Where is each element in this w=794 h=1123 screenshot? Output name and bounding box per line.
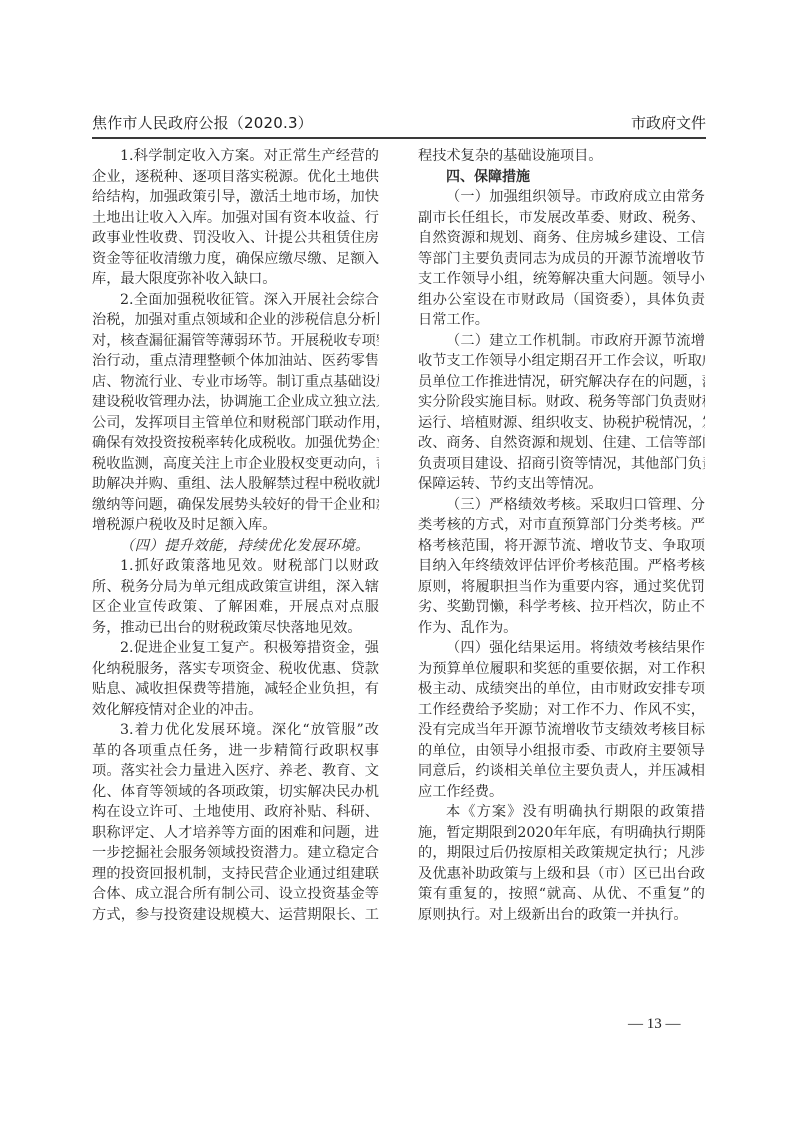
text-line: 保障运转、节约支出等情况。	[418, 474, 705, 495]
text-line: 自然资源和规划、商务、住房城乡建设、工信	[418, 228, 705, 249]
text-line: （四）强化结果运用。将绩效考核结果作	[418, 638, 705, 659]
publication-title: 焦作市人民政府公报（2020.3）	[92, 112, 313, 133]
text-line: 确保有效投资按税率转化成税收。加强优势企业	[92, 433, 379, 454]
text-line: 助解决并购、重组、法人股解禁过程中税收就地	[92, 474, 379, 495]
text-line: 为预算单位履职和奖惩的重要依据，对工作积	[418, 659, 705, 680]
text-line: 施，暂定期限到2020年年底，有明确执行期限	[418, 823, 705, 844]
text-line: 合体、成立混合所有制公司、设立投资基金等	[92, 884, 379, 905]
text-line: （三）严格绩效考核。采取归口管理、分	[418, 495, 705, 516]
text-line: 给结构，加强政策引导，激活土地市场，加快	[92, 187, 379, 208]
text-line: 土地出让收入入库。加强对国有资本收益、行	[92, 208, 379, 229]
text-line: 劣、奖勤罚懒，科学考核、拉开档次，防止不	[418, 597, 705, 618]
text-line: 化纳税服务，落实专项资金、税收优惠、贷款	[92, 659, 379, 680]
text-line: 务，推动已出台的财税政策尽快落地见效。	[92, 618, 379, 639]
text-line: 原则执行。对上级新出台的政策一并执行。	[418, 905, 705, 926]
text-line: 化、体育等领域的各项政策，切实解决民办机	[92, 782, 379, 803]
text-line: 1.科学制定收入方案。对正常生产经营的	[92, 146, 379, 167]
page-number: — 13 —	[628, 1016, 681, 1033]
text-line: 的单位，由领导小组报市委、市政府主要领导	[418, 741, 705, 762]
header-rule	[92, 137, 706, 139]
text-line: 收节支工作领导小组定期召开工作会议，听取成	[418, 351, 705, 372]
text-line: 项。落实社会力量进入医疗、养老、教育、文	[92, 761, 379, 782]
text-line: 2.促进企业复工复产。积极筹措资金，强	[92, 638, 379, 659]
text-line: 库，最大限度弥补收入缺口。	[92, 269, 379, 290]
text-line: 治税，加强对重点领域和企业的涉税信息分析比	[92, 310, 379, 331]
text-line: 贴息、减收担保费等措施，减轻企业负担，有	[92, 679, 379, 700]
text-line: 理的投资回报机制，支持民营企业通过组建联	[92, 864, 379, 885]
text-line: 同意后，约谈相关单位主要负责人，并压减相	[418, 761, 705, 782]
text-line: 税收监测，高度关注上市企业股权变更动向，帮	[92, 454, 379, 475]
text-line: 的，期限过后仍按原相关政策规定执行；凡涉	[418, 843, 705, 864]
text-line: 原则，将履职担当作为重要内容，通过奖优罚	[418, 577, 705, 598]
text-line: 实分阶段实施目标。财政、税务等部门负责财税	[418, 392, 705, 413]
text-line: 本《方案》没有明确执行期限的政策措	[418, 802, 705, 823]
text-line: 员单位工作推进情况，研究解决存在的问题，落	[418, 372, 705, 393]
text-line: 负责项目建设、招商引资等情况，其他部门负责	[418, 454, 705, 475]
text-line: 革的各项重点任务，进一步精简行政职权事	[92, 741, 379, 762]
text-line: 区企业宣传政策、了解困难，开展点对点服	[92, 597, 379, 618]
text-line: （一）加强组织领导。市政府成立由常务	[418, 187, 705, 208]
text-line: 及优惠补助政策与上级和县（市）区已出台政	[418, 864, 705, 885]
text-line: 策有重复的，按照“就高、从优、不重复”的	[418, 884, 705, 905]
text-line: 资金等征收清缴力度，确保应缴尽缴、足额入	[92, 249, 379, 270]
text-line: 作为、乱作为。	[418, 618, 705, 639]
text-line: 等部门主要负责同志为成员的开源节流增收节	[418, 249, 705, 270]
text-line: 组办公室设在市财政局（国资委），具体负责	[418, 290, 705, 311]
text-line: 店、物流行业、专业市场等。制订重点基础设施	[92, 372, 379, 393]
text-line: 构在设立许可、土地使用、政府补贴、科研、	[92, 802, 379, 823]
text-line: （四）提升效能，持续优化发展环境。	[92, 536, 379, 557]
text-line: 公司，发挥项目主管单位和财税部门联动作用，	[92, 413, 379, 434]
text-line: 日常工作。	[418, 310, 705, 331]
left-column: 1.科学制定收入方案。对正常生产经营的企业，逐税种、逐项目落实税源。优化土地供给…	[92, 146, 379, 925]
text-line: 格考核范围，将开源节流、增收节支、争取项	[418, 536, 705, 557]
text-line: 副市长任组长，市发展改革委、财政、税务、	[418, 208, 705, 229]
text-line: 3.着力优化发展环境。深化“放管服”改	[92, 720, 379, 741]
text-line: 建设税收管理办法，协调施工企业成立独立法人	[92, 392, 379, 413]
text-line: 治行动，重点清理整顿个体加油站、医药零售	[92, 351, 379, 372]
text-line: 一步挖掘社会服务领域投资潜力。建立稳定合	[92, 843, 379, 864]
text-line: 对，核查漏征漏管等薄弱环节。开展税收专项整	[92, 331, 379, 352]
text-line: 企业，逐税种、逐项目落实税源。优化土地供	[92, 167, 379, 188]
text-line: 增税源户税收及时足额入库。	[92, 515, 379, 536]
text-line: 方式，参与投资建设规模大、运营期限长、工	[92, 905, 379, 926]
text-line: 四、保障措施	[418, 167, 705, 188]
text-line: 运行、培植财源、组织收支、协税护税情况，发	[418, 413, 705, 434]
text-line: 改、商务、自然资源和规划、住建、工信等部门	[418, 433, 705, 454]
text-line: 所、税务分局为单元组成政策宣讲组，深入辖	[92, 577, 379, 598]
text-line: 没有完成当年开源节流增收节支绩效考核目标	[418, 720, 705, 741]
text-line: 2.全面加强税收征管。深入开展社会综合	[92, 290, 379, 311]
running-header: 焦作市人民政府公报（2020.3） 市政府文件	[92, 108, 706, 138]
text-line: 应工作经费。	[418, 782, 705, 803]
text-line: 目纳入年终绩效评估评价考核范围。严格考核	[418, 556, 705, 577]
right-column: 程技术复杂的基础设施项目。四、保障措施（一）加强组织领导。市政府成立由常务副市长…	[418, 146, 705, 925]
text-line: 职称评定、人才培养等方面的困难和问题，进	[92, 823, 379, 844]
text-line: 1.抓好政策落地见效。财税部门以财政	[92, 556, 379, 577]
text-line: 程技术复杂的基础设施项目。	[418, 146, 705, 167]
text-line: 效化解疫情对企业的冲击。	[92, 700, 379, 721]
text-line: 缴纳等问题，确保发展势头较好的骨干企业和新	[92, 495, 379, 516]
section-label: 市政府文件	[631, 112, 706, 133]
text-line: 极主动、成绩突出的单位，由市财政安排专项	[418, 679, 705, 700]
text-line: 政事业性收费、罚没收入、计提公共租赁住房	[92, 228, 379, 249]
text-line: 工作经费给予奖励；对工作不力、作风不实，	[418, 700, 705, 721]
text-line: （二）建立工作机制。市政府开源节流增	[418, 331, 705, 352]
text-line: 支工作领导小组，统筹解决重大问题。领导小	[418, 269, 705, 290]
text-line: 类考核的方式，对市直预算部门分类考核。严	[418, 515, 705, 536]
